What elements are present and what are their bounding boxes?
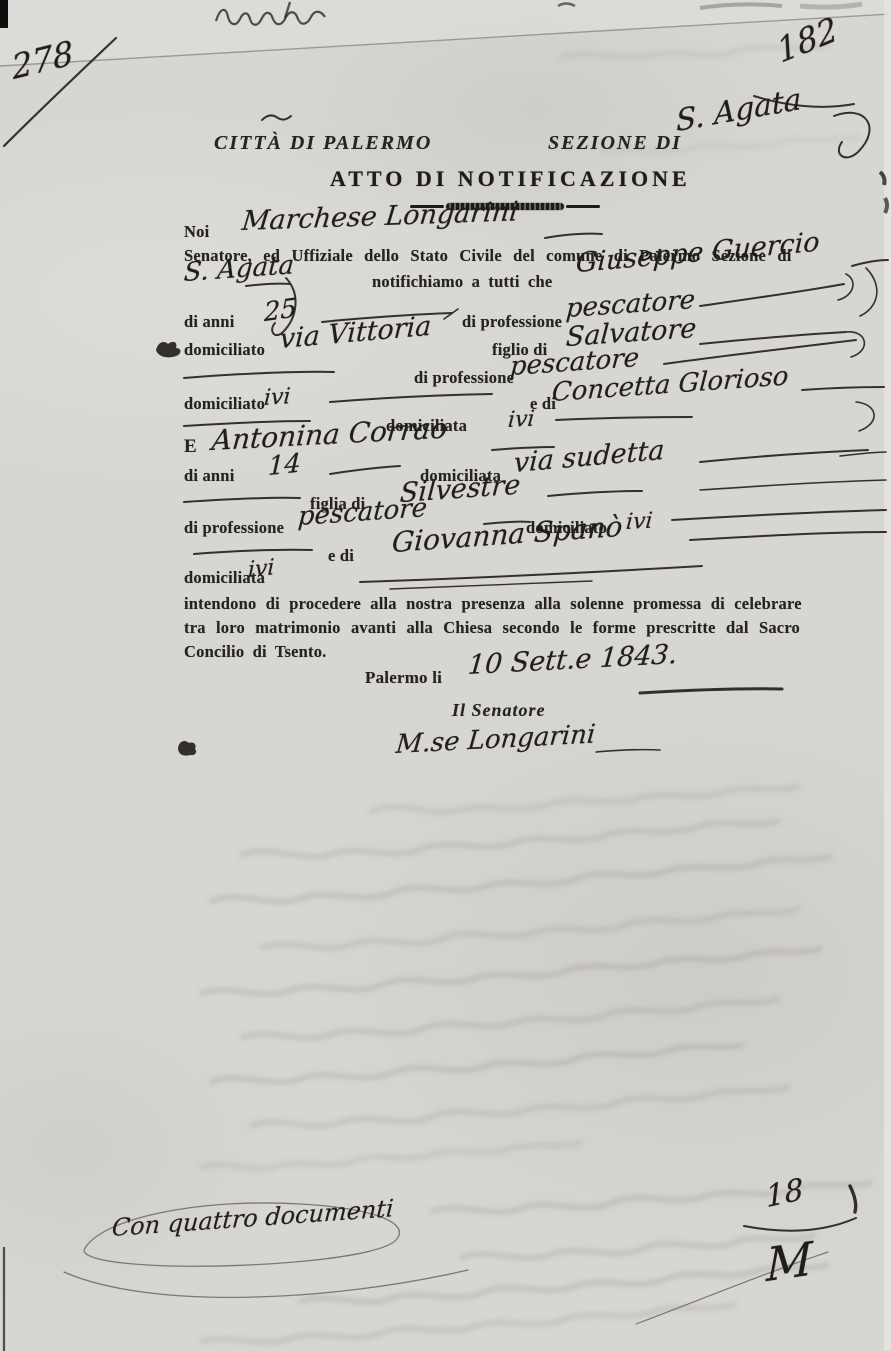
declaration-line-3: Concilio di Tsento.: [184, 642, 326, 662]
groom-age-label: di anni: [184, 312, 234, 332]
bride-domicile-value: via sudetta: [513, 435, 665, 479]
bride-name-handwritten: Antonina Corrao: [211, 412, 449, 458]
header-city: CITTÀ DI PALERMO: [214, 132, 432, 155]
bride-age-value: 14: [267, 448, 301, 482]
groom-mother-domicile-value: ivi: [507, 407, 536, 434]
bottom-right-monogram: M: [766, 1231, 813, 1292]
bride-mother-label: e di: [328, 546, 354, 566]
notify-line: notifichiamo a tutti che: [372, 272, 552, 292]
archival-number-left: 278: [10, 33, 75, 87]
header-section-label: SEZIONE DI: [548, 132, 682, 155]
bottom-note-handwritten: Con quattro documenti: [111, 1194, 395, 1242]
groom-domicile-label: domiciliato: [184, 340, 265, 360]
date-place-label: Palermo li: [365, 668, 442, 688]
date-value-handwritten: 10 Sett.e 1843.: [467, 639, 679, 681]
groom-father-domicile-value: ivi: [263, 384, 291, 411]
groom-father-profession-label: di professione: [414, 368, 514, 388]
archival-number-right: 182: [773, 9, 841, 71]
groom-profession-label: di professione: [462, 312, 562, 332]
document-page: 278 182 CITTÀ DI PALERMO SEZIONE DI S. A…: [0, 0, 891, 1351]
bride-father-domicile-value: ivi: [625, 509, 654, 536]
groom-name-handwritten: Giuseppe Guercio: [575, 227, 820, 280]
declaration-line-2: tra loro matrimonio avanti alla Chiesa s…: [184, 618, 800, 638]
bride-mother-domicile-value: ivi: [248, 555, 275, 583]
senator-signature: M.se Longarini: [395, 719, 597, 760]
intro-section-value-handwritten: S. Agata: [183, 250, 295, 288]
bride-father-profession-label: di professione: [184, 518, 284, 538]
header-section-value: S. Agata: [675, 82, 802, 139]
senator-title: Il Senatore: [452, 700, 546, 721]
document-title: ATTO DI NOTIFICAZIONE: [330, 166, 691, 192]
officiant-name-handwritten: Marchese Longarini: [240, 196, 519, 237]
bottom-right-flourish-18: 18: [765, 1172, 805, 1215]
ink-strokes-layer: [4, 38, 888, 1324]
groom-father-domicile-label: domiciliato: [184, 394, 265, 414]
groom-domicile-value: via Vittoria: [279, 311, 432, 355]
bride-conjunction: E: [184, 436, 197, 458]
bride-age-label: di anni: [184, 466, 234, 486]
noi-label: Noi: [184, 222, 209, 242]
declaration-line-1: intendono di procedere alla nostra prese…: [184, 594, 802, 614]
